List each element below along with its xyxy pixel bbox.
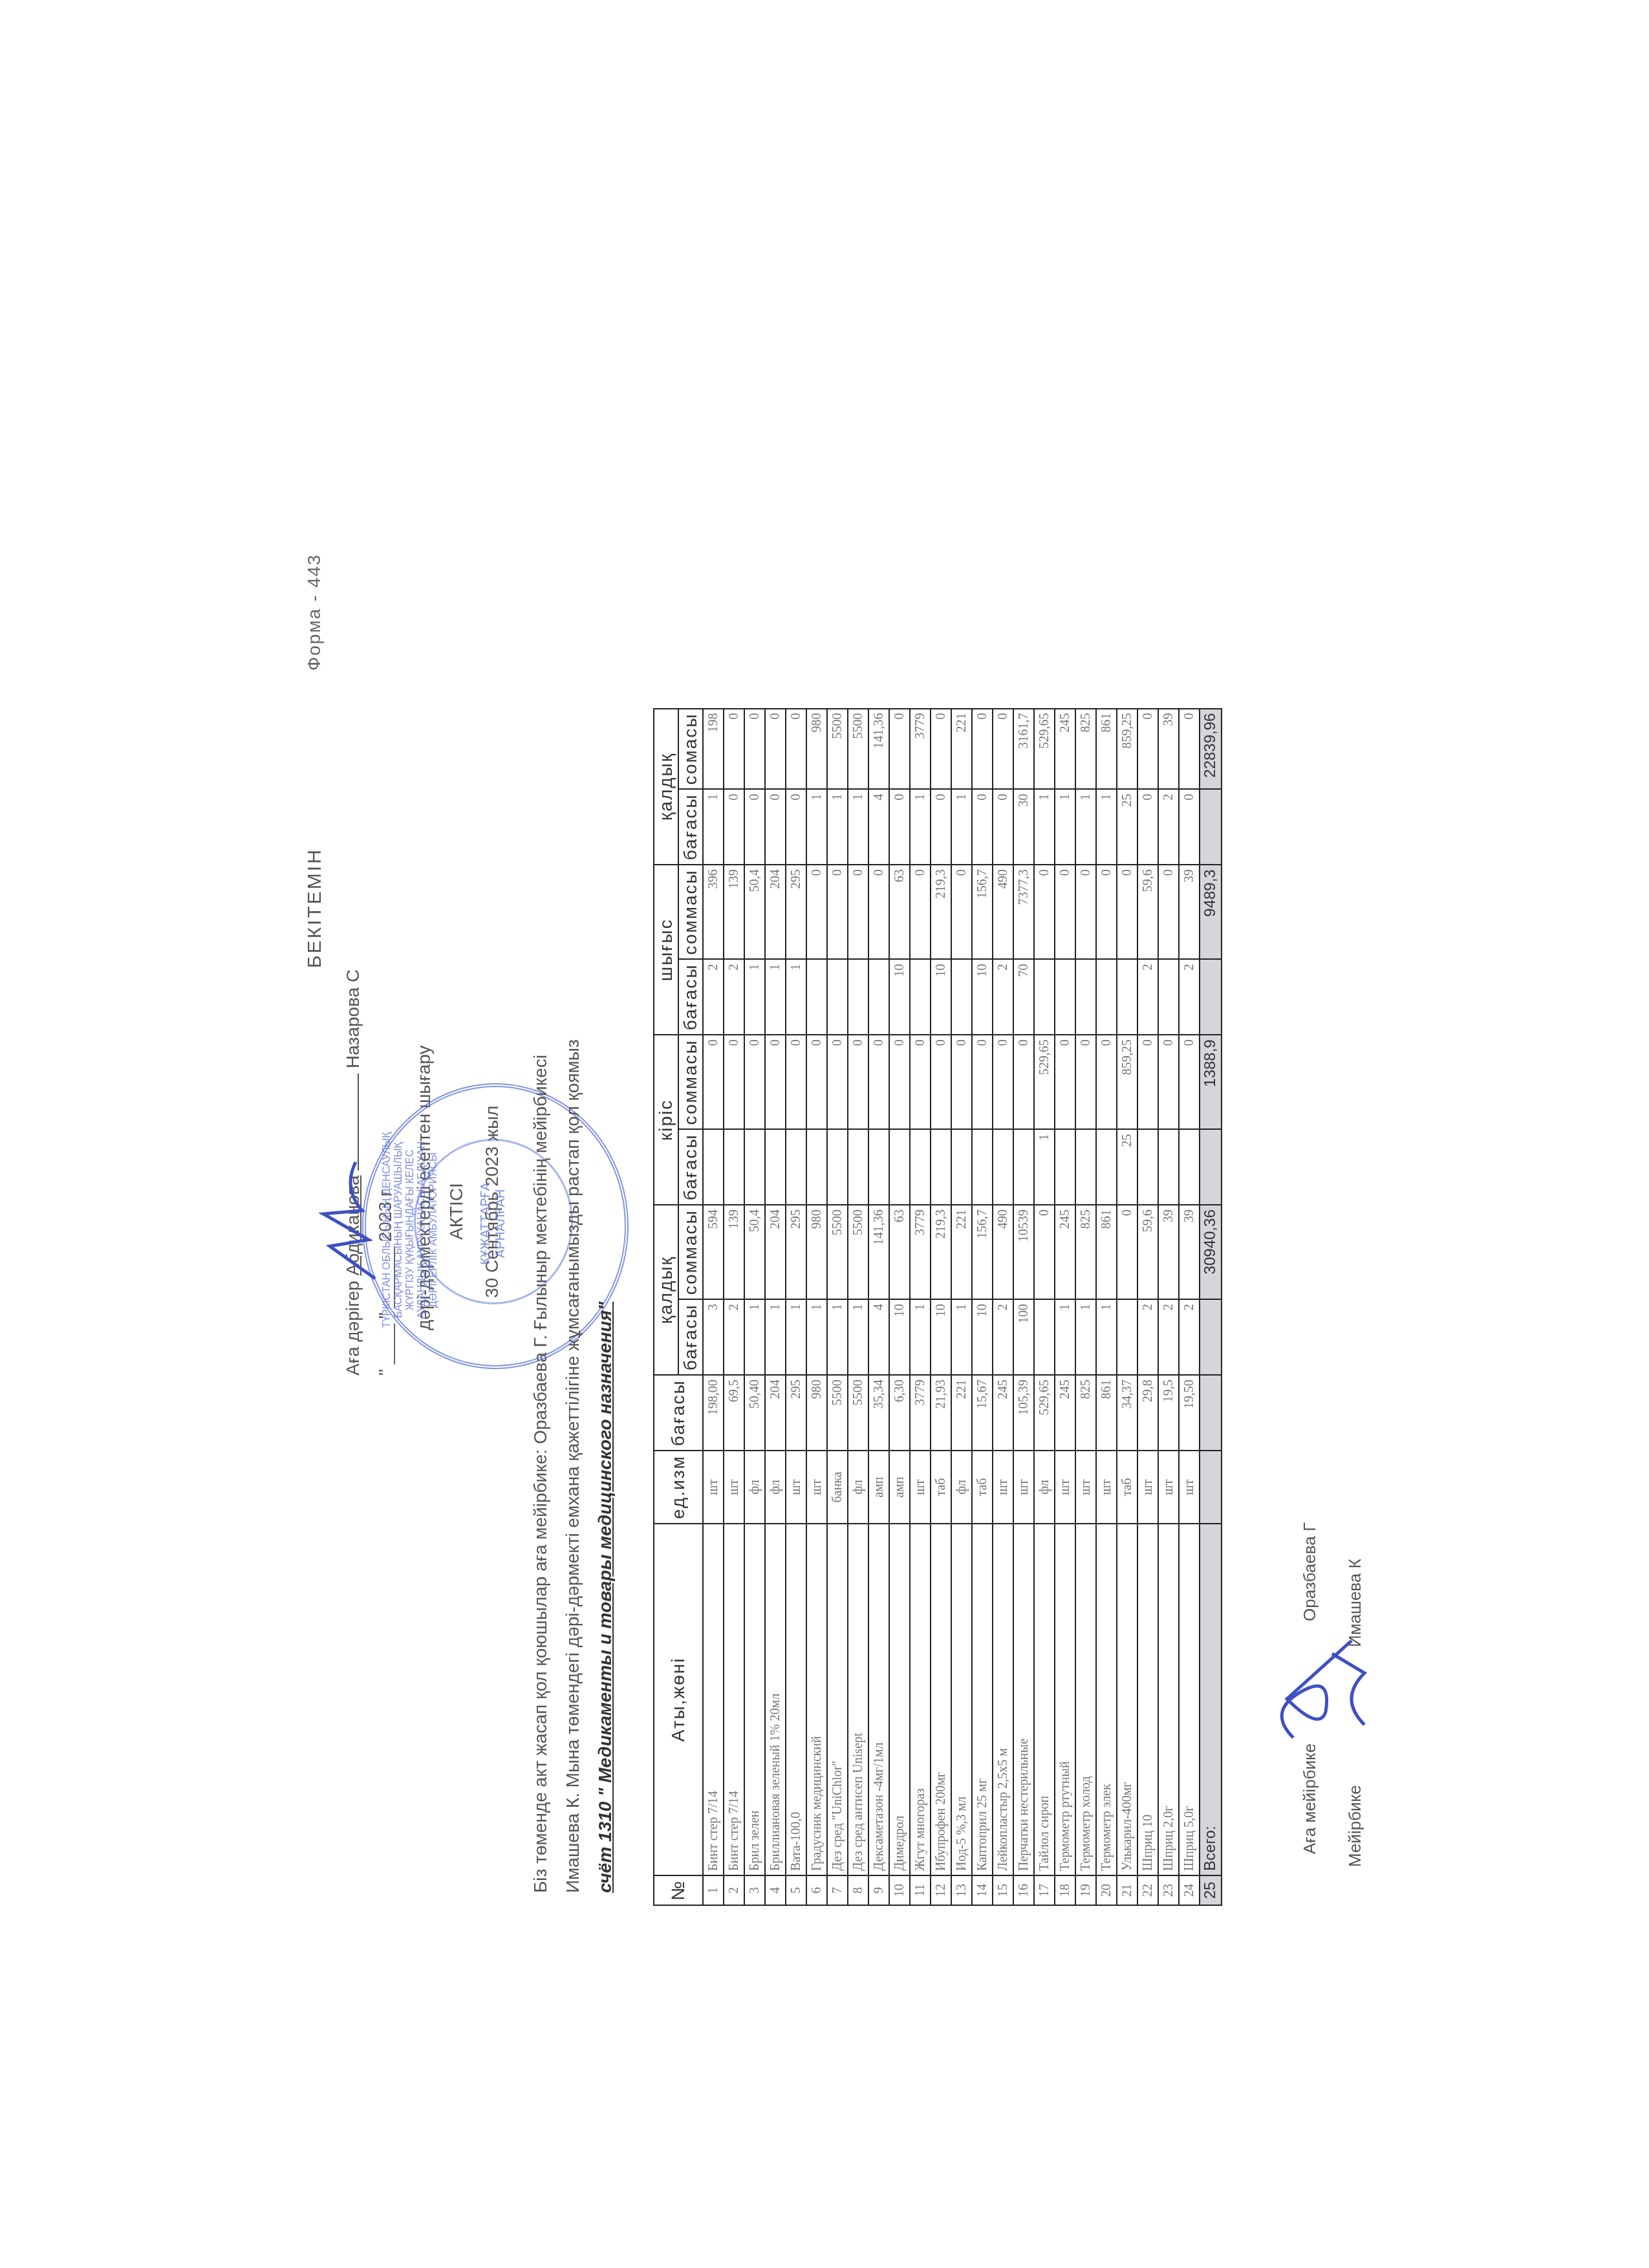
row-opening-sum: 490: [993, 1205, 1013, 1299]
row-opening-sum: 10539: [1013, 1205, 1034, 1299]
row-no: 14: [972, 1875, 993, 1905]
row-incoming-sum: 0: [972, 1035, 993, 1129]
row-closing-qty: 30: [1013, 789, 1034, 865]
total-empty-cell: [1200, 1451, 1222, 1524]
row-closing-qty: 1: [1075, 789, 1096, 865]
row-unit: шт: [910, 1451, 931, 1524]
signature-name-1: Оразбаева Г: [1300, 1522, 1320, 1621]
row-outgoing-sum: 139: [724, 865, 744, 959]
row-incoming-qty: [889, 1129, 910, 1205]
row-opening-sum: 221: [951, 1205, 972, 1299]
row-opening-qty: 1: [951, 1299, 972, 1375]
row-name: Дексаметазон -4мг/1мл: [868, 1524, 889, 1875]
table-row: 8Дез сред антисеп Uniseptфл5500155000015…: [848, 709, 868, 1905]
row-incoming-qty: [1179, 1129, 1200, 1205]
row-name: Ибупрофен 200мг: [931, 1524, 951, 1875]
row-unit: шт: [703, 1451, 724, 1524]
row-price: 69,5: [724, 1375, 744, 1451]
row-unit: таб: [931, 1451, 951, 1524]
row-closing-sum: 3161,7: [1013, 709, 1034, 790]
row-closing-qty: 0: [786, 789, 806, 865]
row-no: 12: [931, 1875, 951, 1905]
row-incoming-qty: [931, 1129, 951, 1205]
table-row: 24Шприц 5,0гшт19,50239023900: [1179, 709, 1200, 1905]
row-name: Термометр ртутный: [1055, 1524, 1075, 1875]
row-opening-sum: 0: [1117, 1205, 1137, 1299]
row-incoming-qty: [1075, 1129, 1096, 1205]
row-incoming-sum: 0: [993, 1035, 1013, 1129]
row-incoming-qty: [765, 1129, 786, 1205]
total-opening-sum: 30940,36: [1200, 1205, 1222, 1299]
row-outgoing-qty: 70: [1013, 959, 1034, 1035]
row-no: 4: [765, 1875, 786, 1905]
row-outgoing-qty: 1: [765, 959, 786, 1035]
row-price: 529,65: [1034, 1375, 1055, 1451]
row-name: Термометр элек: [1096, 1524, 1117, 1875]
row-closing-sum: 141,36: [868, 709, 889, 790]
row-incoming-qty: [868, 1129, 889, 1205]
row-outgoing-sum: 0: [1055, 865, 1075, 959]
row-unit: шт: [1055, 1451, 1075, 1524]
row-outgoing-sum: 0: [806, 865, 827, 959]
row-incoming-qty: [744, 1129, 765, 1205]
row-name: Бинт стер 7/14: [724, 1524, 744, 1875]
row-opening-qty: 2: [1158, 1299, 1179, 1375]
row-price: 6,30: [889, 1375, 910, 1451]
table-row: 6Градусник медицинскийшт9801980001980: [806, 709, 827, 1905]
row-opening-qty: 10: [931, 1299, 951, 1375]
row-opening-sum: 3779: [910, 1205, 931, 1299]
row-incoming-qty: [724, 1129, 744, 1205]
row-closing-sum: 0: [724, 709, 744, 790]
row-name: Бинт стер 7/14: [703, 1524, 724, 1875]
col-incoming-qty: бағасы: [678, 1129, 703, 1205]
row-unit: банка: [827, 1451, 848, 1524]
row-price: 19,5: [1158, 1375, 1179, 1451]
total-empty-cell: [1200, 1299, 1222, 1375]
row-opening-sum: 594: [703, 1205, 724, 1299]
row-opening-qty: 100: [1013, 1299, 1034, 1375]
row-outgoing-qty: 1: [744, 959, 765, 1035]
row-closing-qty: 0: [1179, 789, 1200, 865]
total-row: 25Всего:30940,361388,99489,322839,96: [1200, 709, 1222, 1905]
table-row: 3Брил зеленфл50,40150,40150,400: [744, 709, 765, 1905]
row-closing-sum: 825: [1075, 709, 1096, 790]
form-number: Форма - 443: [304, 554, 325, 671]
row-no: 18: [1055, 1875, 1075, 1905]
row-closing-sum: 3779: [910, 709, 931, 790]
row-no: 20: [1096, 1875, 1117, 1905]
row-outgoing-qty: 1: [786, 959, 806, 1035]
row-opening-qty: 1: [848, 1299, 868, 1375]
row-price: 21,93: [931, 1375, 951, 1451]
row-opening-sum: 219,3: [931, 1205, 951, 1299]
row-no: 2: [724, 1875, 744, 1905]
row-name: Бриллиановая зеленый 1% 20мл: [765, 1524, 786, 1875]
row-closing-qty: 0: [993, 789, 1013, 865]
row-closing-sum: 5500: [827, 709, 848, 790]
row-closing-qty: 0: [724, 789, 744, 865]
row-opening-qty: 1: [827, 1299, 848, 1375]
row-no: 16: [1013, 1875, 1034, 1905]
row-closing-sum: 5500: [848, 709, 868, 790]
row-unit: амп: [868, 1451, 889, 1524]
row-closing-sum: 0: [889, 709, 910, 790]
row-unit: фл: [1034, 1451, 1055, 1524]
row-incoming-sum: 0: [889, 1035, 910, 1129]
row-incoming-qty: 1: [1034, 1129, 1055, 1205]
row-name: Улькарил-400мг: [1117, 1524, 1137, 1875]
row-outgoing-qty: 10: [972, 959, 993, 1035]
row-opening-sum: 825: [1075, 1205, 1096, 1299]
row-outgoing-qty: [1117, 959, 1137, 1035]
row-unit: фл: [848, 1451, 868, 1524]
row-closing-sum: 859,25: [1117, 709, 1137, 790]
row-incoming-sum: 0: [1179, 1035, 1200, 1129]
row-closing-sum: 0: [972, 709, 993, 790]
row-unit: фл: [951, 1451, 972, 1524]
row-unit: амп: [889, 1451, 910, 1524]
row-incoming-sum: 0: [868, 1035, 889, 1129]
row-name: Брил зелен: [744, 1524, 765, 1875]
row-unit: фл: [765, 1451, 786, 1524]
row-outgoing-sum: 0: [1158, 865, 1179, 959]
row-incoming-qty: [1137, 1129, 1158, 1205]
row-outgoing-sum: 0: [848, 865, 868, 959]
row-outgoing-qty: 2: [724, 959, 744, 1035]
row-name: Шприц 5,0г: [1179, 1524, 1200, 1875]
row-closing-qty: 4: [868, 789, 889, 865]
row-name: Градусник медицинский: [806, 1524, 827, 1875]
account-line: счёт 1310 " Медикаменты и товары медицин…: [595, 1302, 616, 1893]
table-row: 21Улькарил-400мгтаб34,37025859,25025859,…: [1117, 709, 1137, 1905]
row-outgoing-sum: 39: [1179, 865, 1200, 959]
row-price: 3779: [910, 1375, 931, 1451]
row-opening-sum: 156,7: [972, 1205, 993, 1299]
row-outgoing-qty: 2: [1137, 959, 1158, 1035]
write-off-table: № Аты,жөні ед.изм бағасы қалдық кіріс шы…: [653, 708, 1222, 1906]
row-price: 221: [951, 1375, 972, 1451]
row-unit: шт: [993, 1451, 1013, 1524]
row-opening-qty: 2: [993, 1299, 1013, 1375]
table-row: 22Шприц 10шт29,8259,60259,600: [1137, 709, 1158, 1905]
col-closing-qty: бағасы: [678, 789, 703, 865]
table-row: 7Дез сред "UniChlor"банка550015500001550…: [827, 709, 848, 1905]
row-closing-qty: 1: [951, 789, 972, 865]
row-name: Иод-5 %,3 мл: [951, 1524, 972, 1875]
row-closing-qty: 1: [806, 789, 827, 865]
total-incoming-sum: 1388,9: [1200, 1035, 1222, 1129]
row-incoming-sum: 0: [1055, 1035, 1075, 1129]
row-incoming-qty: [1013, 1129, 1034, 1205]
table-row: 2Бинт стер 7/14шт69,521390213900: [724, 709, 744, 1905]
table-row: 17Тайлол сиропфл529,6501529,6501529,65: [1034, 709, 1055, 1905]
row-no: 24: [1179, 1875, 1200, 1905]
row-closing-qty: 25: [1117, 789, 1137, 865]
row-incoming-qty: [1158, 1129, 1179, 1205]
row-outgoing-sum: 490: [993, 865, 1013, 959]
row-incoming-sum: 0: [1137, 1035, 1158, 1129]
row-opening-sum: 141,36: [868, 1205, 889, 1299]
row-incoming-sum: 0: [848, 1035, 868, 1129]
row-incoming-qty: [993, 1129, 1013, 1205]
row-price: 980: [806, 1375, 827, 1451]
row-price: 245: [1055, 1375, 1075, 1451]
table-row: 10Димедроламп6,3010630106300: [889, 709, 910, 1905]
col-unit: ед.изм: [654, 1451, 703, 1524]
row-unit: шт: [1179, 1451, 1200, 1524]
row-price: 295: [786, 1375, 806, 1451]
col-outgoing-sum: соммасы: [678, 865, 703, 959]
row-opening-qty: 10: [972, 1299, 993, 1375]
col-closing-sum: сомасы: [678, 709, 703, 790]
chief-signature-icon: [317, 1156, 394, 1285]
row-outgoing-qty: 10: [889, 959, 910, 1035]
row-closing-qty: 1: [1055, 789, 1075, 865]
row-opening-qty: 1: [786, 1299, 806, 1375]
row-closing-sum: 39: [1158, 709, 1179, 790]
row-outgoing-qty: [1034, 959, 1055, 1035]
table-row: 5Вата-100,0шт29512950129500: [786, 709, 806, 1905]
row-no: 3: [744, 1875, 765, 1905]
row-closing-sum: 0: [1179, 709, 1200, 790]
row-opening-sum: 50,4: [744, 1205, 765, 1299]
row-incoming-qty: [827, 1129, 848, 1205]
row-incoming-sum: 859,25: [1117, 1035, 1137, 1129]
row-incoming-qty: [910, 1129, 931, 1205]
total-outgoing-sum: 9489,3: [1200, 865, 1222, 959]
row-opening-sum: 861: [1096, 1205, 1117, 1299]
row-opening-sum: 63: [889, 1205, 910, 1299]
row-outgoing-sum: 50,4: [744, 865, 765, 959]
signature-role-2: Мейірбике: [1345, 1785, 1365, 1867]
row-closing-qty: 1: [827, 789, 848, 865]
row-outgoing-sum: 0: [827, 865, 848, 959]
col-closing: қалдық: [654, 709, 678, 865]
row-name: Перчатки нестерильные: [1013, 1524, 1034, 1875]
row-no: 17: [1034, 1875, 1055, 1905]
nurse-signatures-icon: [1267, 1628, 1377, 1751]
row-opening-sum: 980: [806, 1205, 827, 1299]
row-incoming-qty: [848, 1129, 868, 1205]
col-outgoing-qty: бағасы: [678, 959, 703, 1035]
row-opening-qty: 1: [744, 1299, 765, 1375]
table-row: 23Шприц 2,0гшт19,523900239: [1158, 709, 1179, 1905]
row-name: Тайлол сироп: [1034, 1524, 1055, 1875]
row-outgoing-qty: [848, 959, 868, 1035]
row-closing-qty: 0: [1137, 789, 1158, 865]
col-opening: қалдық: [654, 1205, 678, 1375]
row-closing-qty: 0: [972, 789, 993, 865]
row-incoming-sum: 0: [1158, 1035, 1179, 1129]
row-incoming-qty: [951, 1129, 972, 1205]
row-incoming-sum: 0: [1013, 1035, 1034, 1129]
row-outgoing-sum: 59,6: [1137, 865, 1158, 959]
row-closing-sum: 0: [744, 709, 765, 790]
row-unit: шт: [786, 1451, 806, 1524]
row-outgoing-sum: 0: [1075, 865, 1096, 959]
row-incoming-qty: [806, 1129, 827, 1205]
row-no: 13: [951, 1875, 972, 1905]
signature-role-1: Аға мейірбике: [1300, 1744, 1320, 1854]
row-incoming-sum: 0: [931, 1035, 951, 1129]
row-unit: шт: [1137, 1451, 1158, 1524]
row-unit: шт: [1158, 1451, 1179, 1524]
row-unit: шт: [806, 1451, 827, 1524]
row-opening-sum: 295: [786, 1205, 806, 1299]
row-closing-qty: 1: [848, 789, 868, 865]
row-outgoing-sum: 63: [889, 865, 910, 959]
row-outgoing-sum: 0: [1034, 865, 1055, 959]
row-outgoing-qty: [1158, 959, 1179, 1035]
row-no: 1: [703, 1875, 724, 1905]
total-empty-cell: [1200, 789, 1222, 865]
row-opening-qty: 2: [724, 1299, 744, 1375]
row-no: 10: [889, 1875, 910, 1905]
row-incoming-sum: 0: [765, 1035, 786, 1129]
row-unit: таб: [972, 1451, 993, 1524]
row-unit: шт: [1096, 1451, 1117, 1524]
table-row: 13Иод-5 %,3 млфл2211221001221: [951, 709, 972, 1905]
row-outgoing-qty: 2: [1179, 959, 1200, 1035]
row-opening-sum: 204: [765, 1205, 786, 1299]
row-name: Дез сред "UniChlor": [827, 1524, 848, 1875]
row-price: 5500: [848, 1375, 868, 1451]
row-no: 7: [827, 1875, 848, 1905]
row-opening-sum: 5500: [848, 1205, 868, 1299]
row-closing-sum: 0: [765, 709, 786, 790]
row-price: 204: [765, 1375, 786, 1451]
row-closing-sum: 529,65: [1034, 709, 1055, 790]
row-opening-sum: 39: [1179, 1205, 1200, 1299]
row-price: 34,37: [1117, 1375, 1137, 1451]
row-outgoing-sum: 0: [910, 865, 931, 959]
row-incoming-qty: [1096, 1129, 1117, 1205]
table-row: 19Термометр холодшт8251825001825: [1075, 709, 1096, 1905]
row-incoming-qty: [703, 1129, 724, 1205]
col-opening-sum: соммасы: [678, 1205, 703, 1299]
row-incoming-qty: 25: [1117, 1129, 1137, 1205]
col-name: Аты,жөні: [654, 1524, 703, 1875]
row-outgoing-sum: 396: [703, 865, 724, 959]
row-opening-qty: 1: [1096, 1299, 1117, 1375]
row-name: Лейкопластыр 2,5х5 м: [993, 1524, 1013, 1875]
total-label: Всего:: [1200, 1524, 1222, 1875]
row-price: 825: [1075, 1375, 1096, 1451]
row-unit: шт: [724, 1451, 744, 1524]
table-row: 20Термометр элекшт8611861001861: [1096, 709, 1117, 1905]
row-outgoing-qty: [910, 959, 931, 1035]
row-no: 19: [1075, 1875, 1096, 1905]
table-row: 12Ибупрофен 200мгтаб21,9310219,3010219,3…: [931, 709, 951, 1905]
row-price: 5500: [827, 1375, 848, 1451]
row-no: 6: [806, 1875, 827, 1905]
row-incoming-sum: 0: [827, 1035, 848, 1129]
row-name: Вата-100,0: [786, 1524, 806, 1875]
approver-name: Назарова С: [343, 969, 363, 1068]
total-closing-sum: 22839,96: [1200, 709, 1222, 790]
row-incoming-sum: 0: [1075, 1035, 1096, 1129]
row-incoming-qty: [972, 1129, 993, 1205]
col-outgoing: шығыс: [654, 865, 678, 1035]
intro-line-1: Біз төменде акт жасап қол қоюшылар аға м…: [530, 1055, 551, 1893]
row-closing-qty: 1: [1096, 789, 1117, 865]
row-opening-qty: [1034, 1299, 1055, 1375]
intro-line-2: Имашева К. Мына төмендегі дәрі-дәрмекті …: [563, 1039, 583, 1893]
row-closing-qty: 1: [910, 789, 931, 865]
row-incoming-sum: 0: [744, 1035, 765, 1129]
row-no: 22: [1137, 1875, 1158, 1905]
row-outgoing-qty: [1075, 959, 1096, 1035]
col-opening-qty: бағасы: [678, 1299, 703, 1375]
row-outgoing-sum: 156,7: [972, 865, 993, 959]
row-name: Шприц 10: [1137, 1524, 1158, 1875]
row-opening-qty: 1: [1075, 1299, 1096, 1375]
row-opening-qty: 2: [1137, 1299, 1158, 1375]
row-no: 21: [1117, 1875, 1137, 1905]
total-empty-cell: [1200, 959, 1222, 1035]
row-price: 198,00: [703, 1375, 724, 1451]
row-outgoing-sum: 7377,3: [1013, 865, 1034, 959]
row-closing-sum: 221: [951, 709, 972, 790]
row-opening-qty: 1: [910, 1299, 931, 1375]
row-name: Дез сред антисеп Unisept: [848, 1524, 868, 1875]
row-closing-qty: 1: [703, 789, 724, 865]
row-closing-qty: 0: [931, 789, 951, 865]
row-name: Термометр холод: [1075, 1524, 1096, 1875]
row-no: 11: [910, 1875, 931, 1905]
row-closing-qty: 2: [1158, 789, 1179, 865]
row-outgoing-qty: [868, 959, 889, 1035]
col-no: №: [654, 1875, 703, 1905]
row-price: 50,40: [744, 1375, 765, 1451]
row-opening-sum: 0: [1034, 1205, 1055, 1299]
total-empty-cell: [1200, 1375, 1222, 1451]
col-incoming-sum: соммасы: [678, 1035, 703, 1129]
total-empty-cell: [1200, 1129, 1222, 1205]
row-opening-qty: 10: [889, 1299, 910, 1375]
row-outgoing-sum: 219,3: [931, 865, 951, 959]
row-no: 23: [1158, 1875, 1179, 1905]
row-price: 19,50: [1179, 1375, 1200, 1451]
row-opening-sum: 39: [1158, 1205, 1179, 1299]
stamp-center-text: ҚҰЖАТТАРҒА АРНАЛҒАН: [479, 1162, 508, 1285]
row-outgoing-qty: 10: [931, 959, 951, 1035]
row-opening-qty: [1117, 1299, 1137, 1375]
row-opening-sum: 59,6: [1137, 1205, 1158, 1299]
row-unit: фл: [744, 1451, 765, 1524]
row-incoming-sum: 0: [703, 1035, 724, 1129]
row-closing-sum: 245: [1055, 709, 1075, 790]
table-row: 15Лейкопластыр 2,5х5 мшт24524900249000: [993, 709, 1013, 1905]
col-price: бағасы: [654, 1375, 703, 1451]
row-outgoing-sum: 295: [786, 865, 806, 959]
row-outgoing-qty: [1096, 959, 1117, 1035]
row-name: Каптоприл 25 мг: [972, 1524, 993, 1875]
table-row: 11Жгут многоразшт3779137790013779: [910, 709, 931, 1905]
row-price: 35,34: [868, 1375, 889, 1451]
row-price: 15,67: [972, 1375, 993, 1451]
row-incoming-sum: 0: [724, 1035, 744, 1129]
row-outgoing-sum: 0: [1096, 865, 1117, 959]
row-closing-qty: 1: [1034, 789, 1055, 865]
row-name: Жгут многораз: [910, 1524, 931, 1875]
row-unit: шт: [1013, 1451, 1034, 1524]
row-opening-sum: 139: [724, 1205, 744, 1299]
row-unit: таб: [1117, 1451, 1137, 1524]
row-price: 29,8: [1137, 1375, 1158, 1451]
row-name: Димедрол: [889, 1524, 910, 1875]
